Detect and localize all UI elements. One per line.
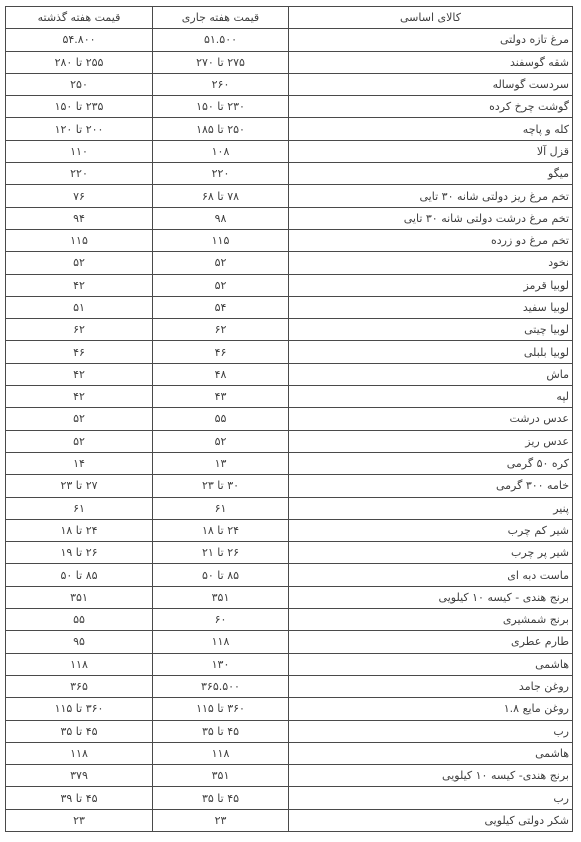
current-week-price: ۴۵ تا ۳۵	[153, 720, 289, 742]
last-week-price: ۲۰۰ تا ۱۲۰	[6, 118, 153, 140]
table-row: ماش ۴۸ ۴۲	[6, 363, 573, 385]
header-goods: کالای اساسی	[289, 7, 573, 29]
current-week-price: ۲۶۰	[153, 73, 289, 95]
current-week-price: ۲۲۰	[153, 163, 289, 185]
goods-name: هاشمی	[289, 653, 573, 675]
current-week-price: ۳۵۱	[153, 586, 289, 608]
current-week-price: ۸۵ تا ۵۰	[153, 564, 289, 586]
table-row: روغن مایع ۱.۸ ۳۶۰ تا ۱۱۵ ۳۶۰ تا ۱۱۵	[6, 698, 573, 720]
table-row: لوبیا قرمز ۵۲ ۴۲	[6, 274, 573, 296]
current-week-price: ۱۱۸	[153, 631, 289, 653]
current-week-price: ۱۱۸	[153, 742, 289, 764]
last-week-price: ۹۴	[6, 207, 153, 229]
last-week-price: ۴۵ تا ۳۵	[6, 720, 153, 742]
goods-name: شیر پر چرب	[289, 542, 573, 564]
goods-name: لوبیا چیتی	[289, 319, 573, 341]
table-row: تخم مرغ دو زرده ۱۱۵ ۱۱۵	[6, 229, 573, 251]
current-week-price: ۶۲	[153, 319, 289, 341]
current-week-price: ۴۶	[153, 341, 289, 363]
goods-name: عدس ریز	[289, 430, 573, 452]
last-week-price: ۳۶۵	[6, 675, 153, 697]
table-body: مرغ تازه دولتی ۵۱.۵۰۰ ۵۴.۸۰۰ شقه گوسفند …	[6, 29, 573, 832]
last-week-price: ۲۳	[6, 809, 153, 831]
goods-name: برنج هندی - کیسه ۱۰ کیلویی	[289, 586, 573, 608]
last-week-price: ۶۱	[6, 497, 153, 519]
current-week-price: ۴۸	[153, 363, 289, 385]
current-week-price: ۳۶۵.۵۰۰	[153, 675, 289, 697]
goods-name: خامه ۳۰۰ گرمی	[289, 475, 573, 497]
goods-name: برنج شمشیری	[289, 609, 573, 631]
current-week-price: ۳۶۰ تا ۱۱۵	[153, 698, 289, 720]
table-row: لوبیا چیتی ۶۲ ۶۲	[6, 319, 573, 341]
last-week-price: ۱۱۵	[6, 229, 153, 251]
last-week-price: ۴۲	[6, 386, 153, 408]
table-row: هاشمی ۱۱۸ ۱۱۸	[6, 742, 573, 764]
page: { "chart_data": { "type": "table", "titl…	[0, 0, 581, 842]
goods-name: نخود	[289, 252, 573, 274]
table-row: تخم مرغ ریز دولتی شانه ۳۰ تایی ۷۸ تا ۶۸ …	[6, 185, 573, 207]
current-week-price: ۲۳۰ تا ۱۵۰	[153, 96, 289, 118]
last-week-price: ۲۶ تا ۱۹	[6, 542, 153, 564]
last-week-price: ۲۳۵ تا ۱۵۰	[6, 96, 153, 118]
goods-name: تخم مرغ ریز دولتی شانه ۳۰ تایی	[289, 185, 573, 207]
current-week-price: ۲۶ تا ۲۱	[153, 542, 289, 564]
goods-name: گوشت چرخ کرده	[289, 96, 573, 118]
header-last-week-price: قیمت هفته گذشته	[6, 7, 153, 29]
current-week-price: ۹۸	[153, 207, 289, 229]
table-row: رب ۴۵ تا ۳۵ ۴۵ تا ۳۵	[6, 720, 573, 742]
current-week-price: ۲۳	[153, 809, 289, 831]
goods-name: شکر دولتی کیلویی	[289, 809, 573, 831]
goods-name: رب	[289, 787, 573, 809]
last-week-price: ۱۱۸	[6, 742, 153, 764]
table-row: سردست گوساله ۲۶۰ ۲۵۰	[6, 73, 573, 95]
last-week-price: ۲۲۰	[6, 163, 153, 185]
current-week-price: ۵۲	[153, 252, 289, 274]
goods-name: تخم مرغ دو زرده	[289, 229, 573, 251]
goods-name: برنج هندی- کیسه ۱۰ کیلویی	[289, 765, 573, 787]
last-week-price: ۴۲	[6, 274, 153, 296]
goods-name: لپه	[289, 386, 573, 408]
last-week-price: ۴۶	[6, 341, 153, 363]
current-week-price: ۳۵۱	[153, 765, 289, 787]
table-row: نخود ۵۲ ۵۲	[6, 252, 573, 274]
last-week-price: ۲۴ تا ۱۸	[6, 519, 153, 541]
goods-name: تخم مرغ درشت دولتی شانه ۳۰ تایی	[289, 207, 573, 229]
current-week-price: ۳۰ تا ۲۳	[153, 475, 289, 497]
last-week-price: ۴۲	[6, 363, 153, 385]
last-week-price: ۲۷ تا ۲۳	[6, 475, 153, 497]
current-week-price: ۵۵	[153, 408, 289, 430]
table-row: شیر کم چرب ۲۴ تا ۱۸ ۲۴ تا ۱۸	[6, 519, 573, 541]
table-row: عدس درشت ۵۵ ۵۲	[6, 408, 573, 430]
last-week-price: ۱۱۰	[6, 140, 153, 162]
goods-name: میگو	[289, 163, 573, 185]
table-row: برنج شمشیری ۶۰ ۵۵	[6, 609, 573, 631]
current-week-price: ۱۱۵	[153, 229, 289, 251]
last-week-price: ۵۲	[6, 430, 153, 452]
goods-name: لوبیا سفید	[289, 296, 573, 318]
table-row: هاشمی ۱۳۰ ۱۱۸	[6, 653, 573, 675]
goods-name: روغن مایع ۱.۸	[289, 698, 573, 720]
goods-name: مرغ تازه دولتی	[289, 29, 573, 51]
goods-name: کره ۵۰ گرمی	[289, 452, 573, 474]
goods-name: ماش	[289, 363, 573, 385]
goods-name: کله و پاچه	[289, 118, 573, 140]
last-week-price: ۶۲	[6, 319, 153, 341]
last-week-price: ۷۶	[6, 185, 153, 207]
current-week-price: ۵۱.۵۰۰	[153, 29, 289, 51]
goods-name: رب	[289, 720, 573, 742]
goods-name: شیر کم چرب	[289, 519, 573, 541]
current-week-price: ۲۵۰ تا ۱۸۵	[153, 118, 289, 140]
goods-name: عدس درشت	[289, 408, 573, 430]
goods-name: شقه گوسفند	[289, 51, 573, 73]
table-row: طارم عطری ۱۱۸ ۹۵	[6, 631, 573, 653]
table-row: قزل آلا ۱۰۸ ۱۱۰	[6, 140, 573, 162]
table-row: میگو ۲۲۰ ۲۲۰	[6, 163, 573, 185]
current-week-price: ۵۲	[153, 430, 289, 452]
table-row: لپه ۴۳ ۴۲	[6, 386, 573, 408]
goods-name: پنیر	[289, 497, 573, 519]
current-week-price: ۵۲	[153, 274, 289, 296]
table-row: لوبیا سفید ۵۴ ۵۱	[6, 296, 573, 318]
last-week-price: ۵۵	[6, 609, 153, 631]
current-week-price: ۱۰۸	[153, 140, 289, 162]
table-row: کله و پاچه ۲۵۰ تا ۱۸۵ ۲۰۰ تا ۱۲۰	[6, 118, 573, 140]
last-week-price: ۵۱	[6, 296, 153, 318]
goods-name: لوبیا بلبلی	[289, 341, 573, 363]
table-row: شقه گوسفند ۲۷۵ تا ۲۷۰ ۲۵۵ تا ۲۸۰	[6, 51, 573, 73]
table-row: خامه ۳۰۰ گرمی ۳۰ تا ۲۳ ۲۷ تا ۲۳	[6, 475, 573, 497]
last-week-price: ۵۴.۸۰۰	[6, 29, 153, 51]
current-week-price: ۵۴	[153, 296, 289, 318]
current-week-price: ۶۰	[153, 609, 289, 631]
table-row: گوشت چرخ کرده ۲۳۰ تا ۱۵۰ ۲۳۵ تا ۱۵۰	[6, 96, 573, 118]
goods-name: روغن جامد	[289, 675, 573, 697]
table-row: روغن جامد ۳۶۵.۵۰۰ ۳۶۵	[6, 675, 573, 697]
current-week-price: ۶۱	[153, 497, 289, 519]
last-week-price: ۸۵ تا ۵۰	[6, 564, 153, 586]
table-row: عدس ریز ۵۲ ۵۲	[6, 430, 573, 452]
current-week-price: ۲۴ تا ۱۸	[153, 519, 289, 541]
current-week-price: ۷۸ تا ۶۸	[153, 185, 289, 207]
goods-name: قزل آلا	[289, 140, 573, 162]
table-row: ماست دبه ای ۸۵ تا ۵۰ ۸۵ تا ۵۰	[6, 564, 573, 586]
table-row: مرغ تازه دولتی ۵۱.۵۰۰ ۵۴.۸۰۰	[6, 29, 573, 51]
last-week-price: ۲۵۵ تا ۲۸۰	[6, 51, 153, 73]
table-row: لوبیا بلبلی ۴۶ ۴۶	[6, 341, 573, 363]
table-row: کره ۵۰ گرمی ۱۳ ۱۴	[6, 452, 573, 474]
table-row: پنیر ۶۱ ۶۱	[6, 497, 573, 519]
last-week-price: ۳۷۹	[6, 765, 153, 787]
price-table: کالای اساسی قیمت هفته جاری قیمت هفته گذش…	[5, 6, 573, 832]
current-week-price: ۱۳	[153, 452, 289, 474]
goods-name: هاشمی	[289, 742, 573, 764]
table-row: برنج هندی - کیسه ۱۰ کیلویی ۳۵۱ ۳۵۱	[6, 586, 573, 608]
last-week-price: ۵۲	[6, 252, 153, 274]
last-week-price: ۹۵	[6, 631, 153, 653]
goods-name: ماست دبه ای	[289, 564, 573, 586]
table-row: رب ۴۵ تا ۳۵ ۴۵ تا ۳۹	[6, 787, 573, 809]
table-row: برنج هندی- کیسه ۱۰ کیلویی ۳۵۱ ۳۷۹	[6, 765, 573, 787]
goods-name: سردست گوساله	[289, 73, 573, 95]
last-week-price: ۳۶۰ تا ۱۱۵	[6, 698, 153, 720]
header-current-week-price: قیمت هفته جاری	[153, 7, 289, 29]
goods-name: طارم عطری	[289, 631, 573, 653]
header-row: کالای اساسی قیمت هفته جاری قیمت هفته گذش…	[6, 7, 573, 29]
last-week-price: ۱۱۸	[6, 653, 153, 675]
current-week-price: ۱۳۰	[153, 653, 289, 675]
current-week-price: ۲۷۵ تا ۲۷۰	[153, 51, 289, 73]
current-week-price: ۴۳	[153, 386, 289, 408]
current-week-price: ۴۵ تا ۳۵	[153, 787, 289, 809]
table-row: شکر دولتی کیلویی ۲۳ ۲۳	[6, 809, 573, 831]
last-week-price: ۲۵۰	[6, 73, 153, 95]
last-week-price: ۴۵ تا ۳۹	[6, 787, 153, 809]
last-week-price: ۳۵۱	[6, 586, 153, 608]
last-week-price: ۱۴	[6, 452, 153, 474]
last-week-price: ۵۲	[6, 408, 153, 430]
table-row: تخم مرغ درشت دولتی شانه ۳۰ تایی ۹۸ ۹۴	[6, 207, 573, 229]
table-row: شیر پر چرب ۲۶ تا ۲۱ ۲۶ تا ۱۹	[6, 542, 573, 564]
goods-name: لوبیا قرمز	[289, 274, 573, 296]
